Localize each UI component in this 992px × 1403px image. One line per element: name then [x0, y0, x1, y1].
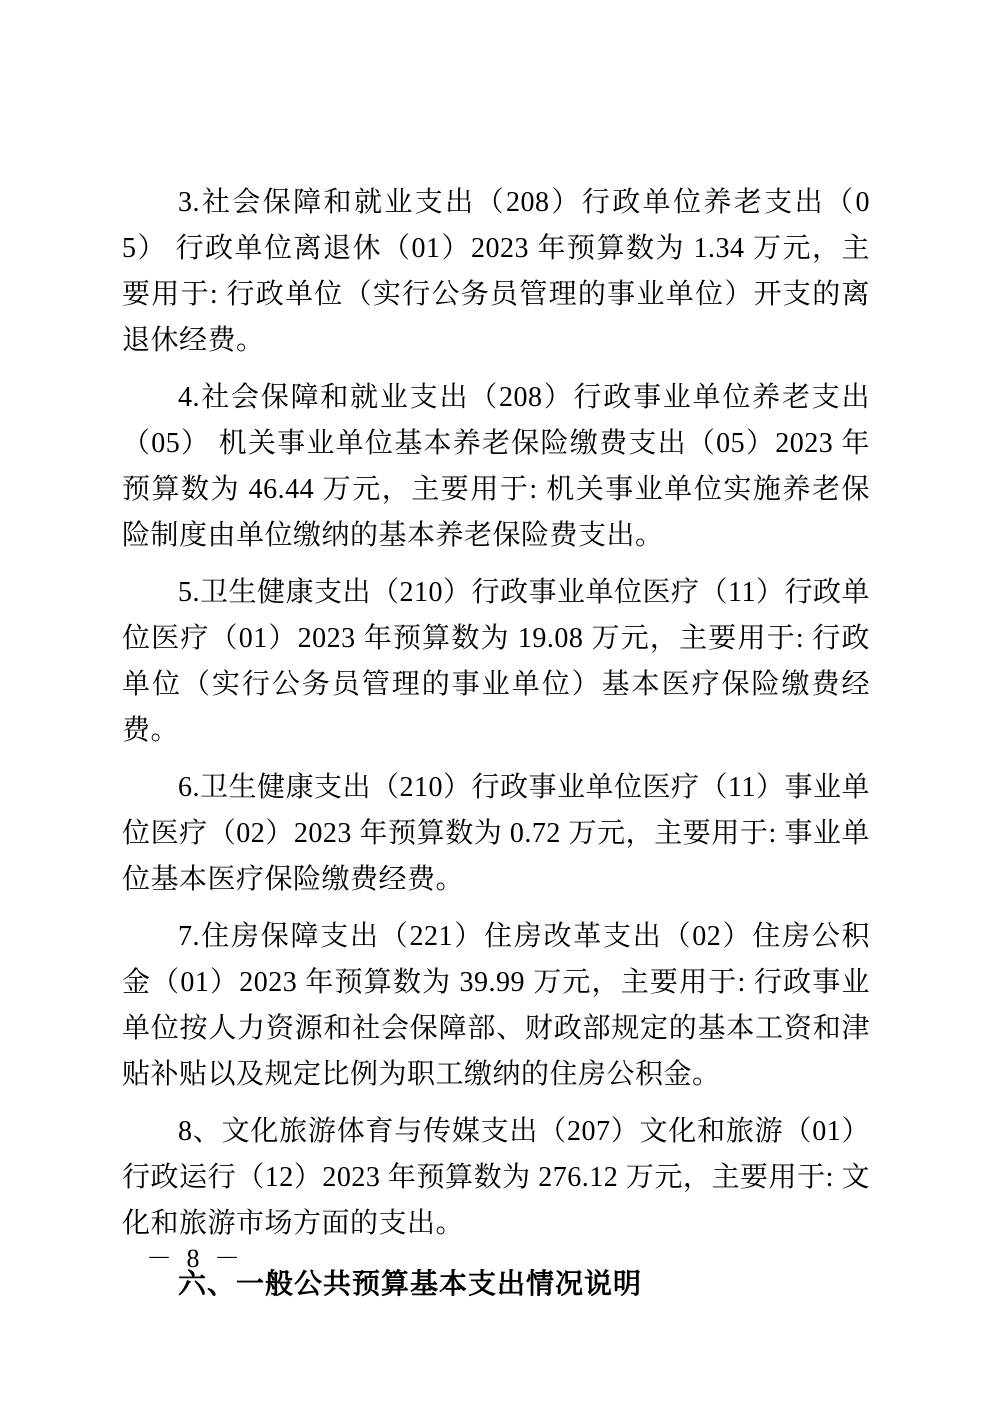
budget-paragraph-3: 3.社会保障和就业支出（208）行政单位养老支出（05） 行政单位离退休（01）… [122, 180, 870, 364]
budget-paragraph-6: 6.卫生健康支出（210）行政事业单位医疗（11）事业单位医疗（02）2023 … [122, 765, 870, 903]
page-number: － 8 － [146, 1244, 244, 1274]
budget-paragraph-4: 4.社会保障和就业支出（208）行政事业单位养老支出（05） 机关事业单位基本养… [122, 375, 870, 559]
budget-paragraph-7: 7.住房保障支出（221）住房改革支出（02）住房公积金（01）2023 年预算… [122, 914, 870, 1098]
document-page: 3.社会保障和就业支出（208）行政单位养老支出（05） 行政单位离退休（01）… [0, 0, 992, 1403]
budget-paragraph-5: 5.卫生健康支出（210）行政事业单位医疗（11）行政单位医疗（01）2023 … [122, 570, 870, 754]
document-body: 3.社会保障和就业支出（208）行政单位养老支出（05） 行政单位离退休（01）… [122, 180, 870, 1307]
budget-paragraph-8: 8、文化旅游体育与传媒支出（207）文化和旅游（01） 行政运行（12）2023… [122, 1109, 870, 1247]
